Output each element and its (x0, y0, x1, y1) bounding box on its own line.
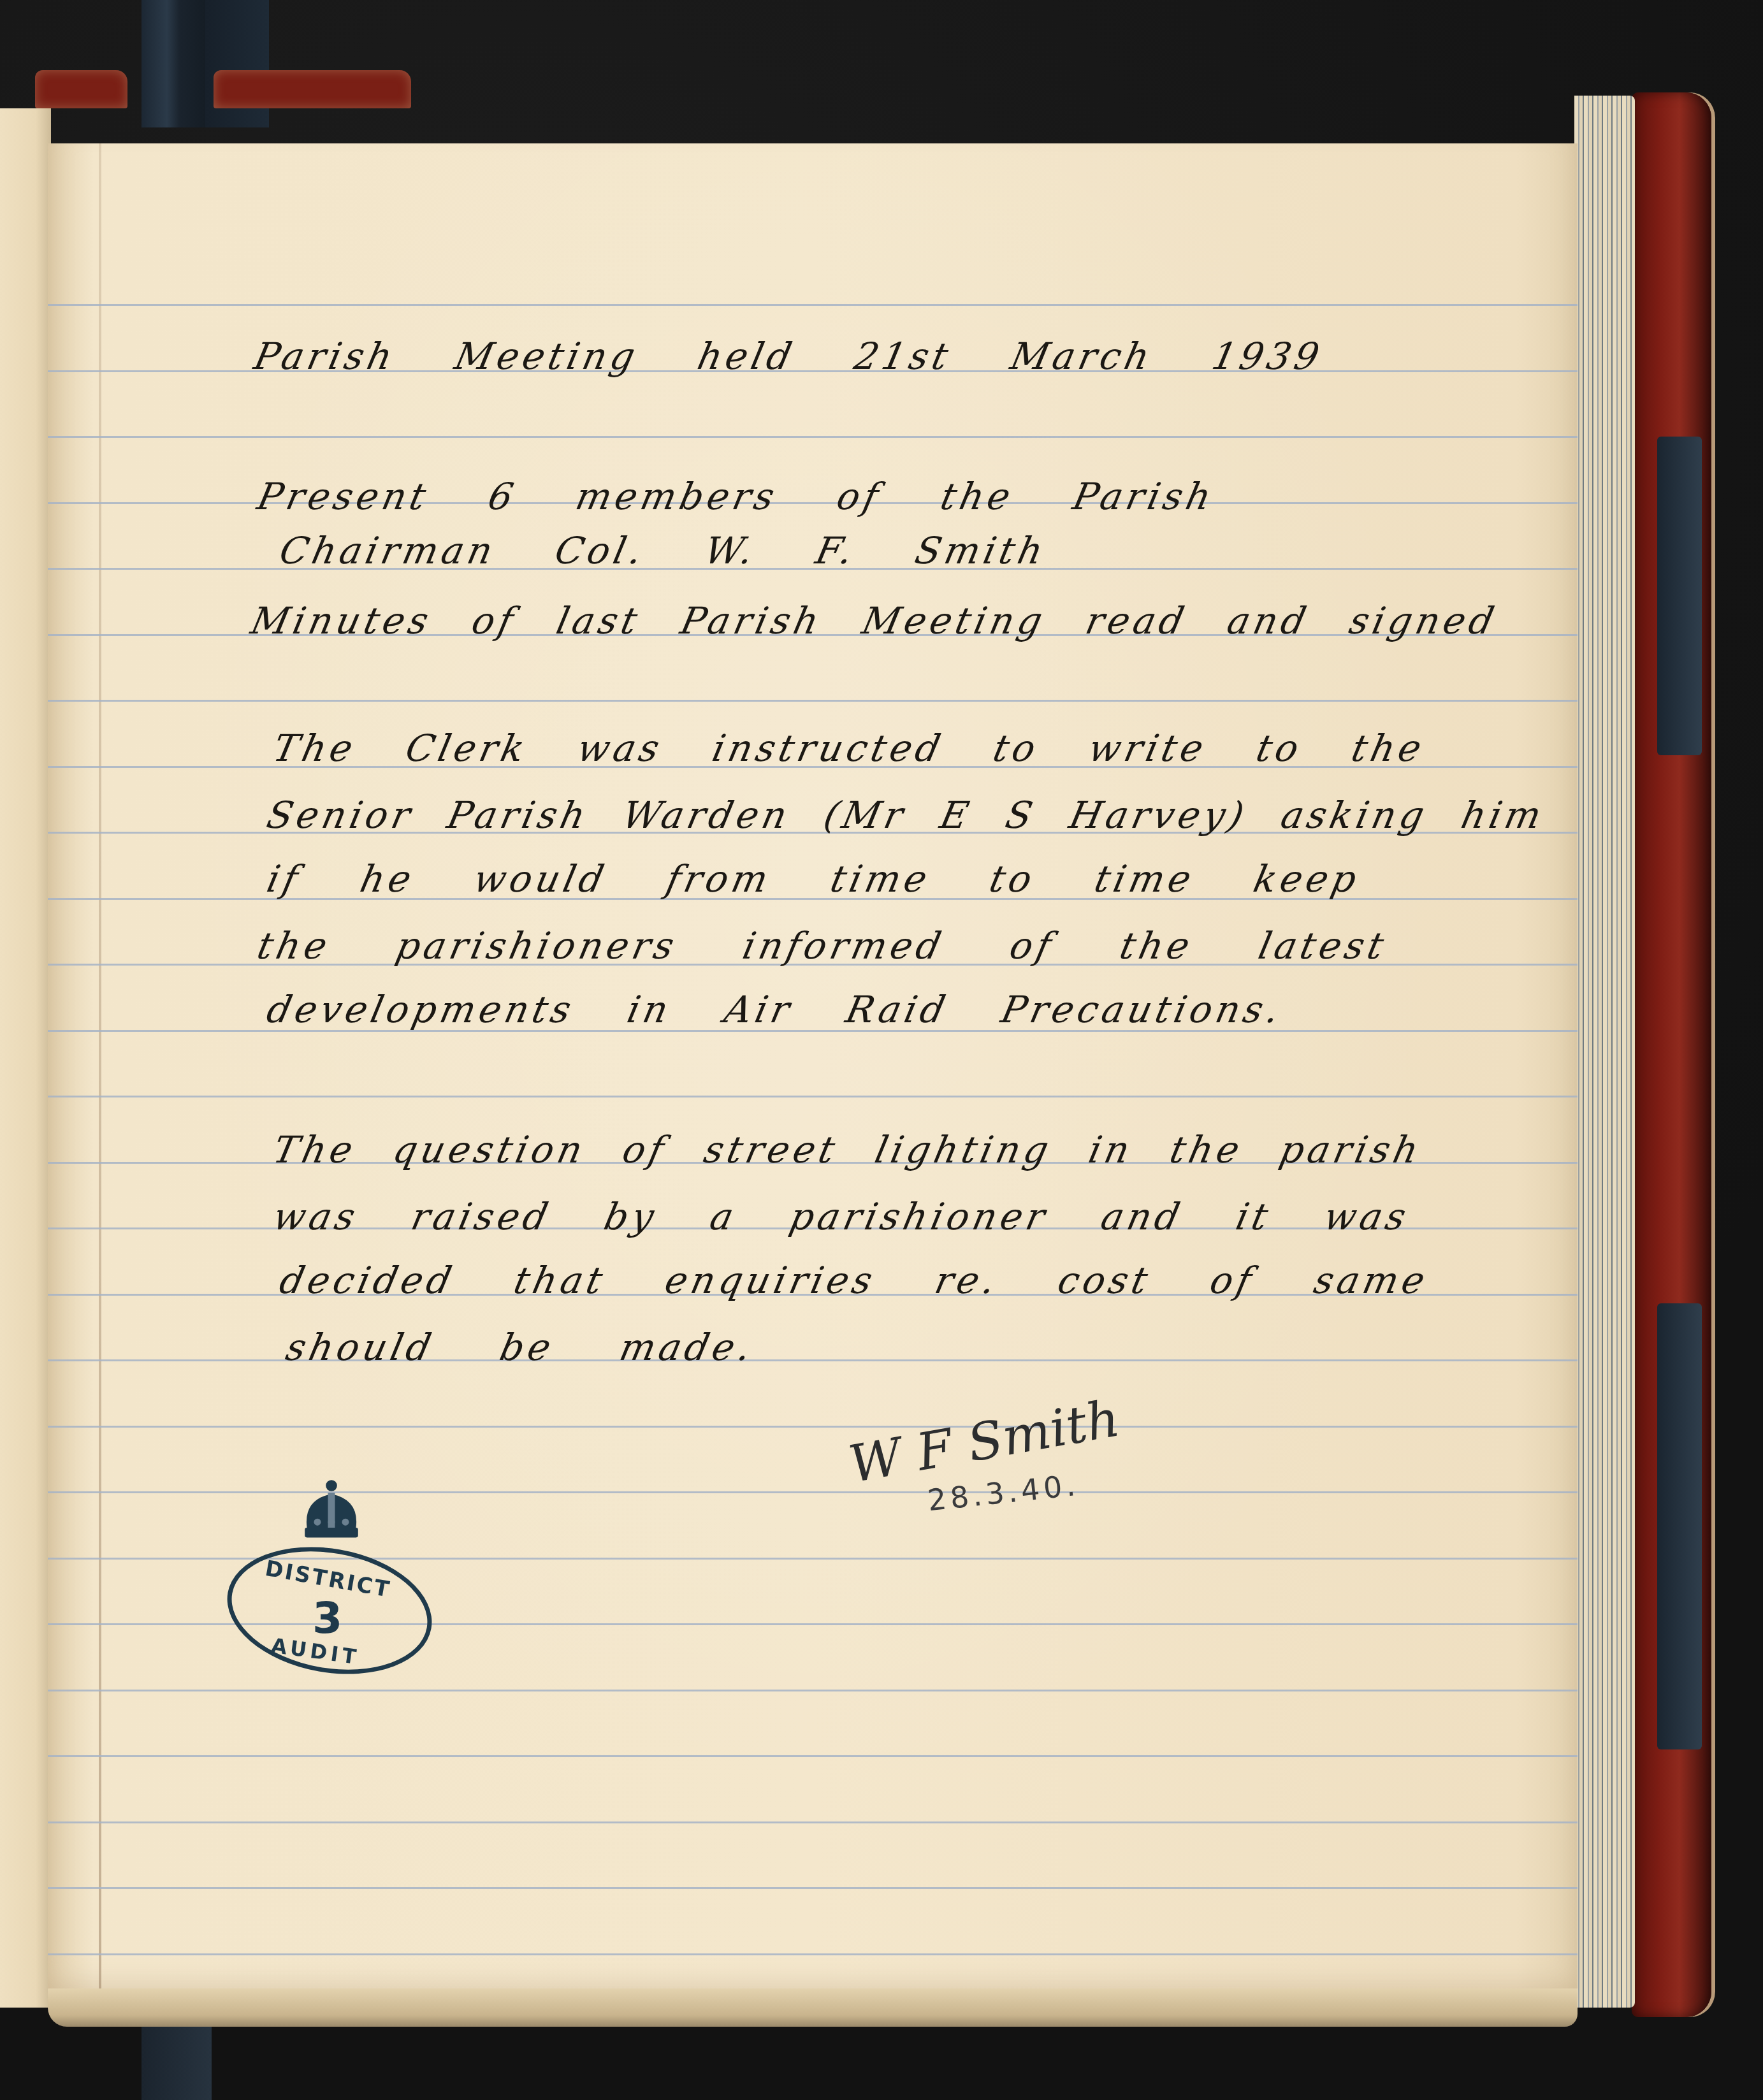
spine-strap (205, 0, 269, 127)
spine-strap (141, 0, 205, 127)
minutes-line: decided that enquiries re. cost of same (276, 1259, 1433, 1302)
gutter-stitching (99, 143, 101, 2004)
page-bottom-edge (48, 1988, 1578, 2027)
ruled-line (48, 1821, 1578, 1823)
ruled-line (48, 1096, 1578, 1097)
minutes-line: The question of street lighting in the p… (270, 1128, 1426, 1171)
minutes-line: developments in Air Raid Precautions. (263, 988, 1287, 1031)
minutes-line: The Clerk was instructed to write to the (270, 727, 1429, 770)
book-cover-edge (1632, 92, 1711, 2017)
left-page (0, 108, 51, 2008)
ruled-line (48, 1426, 1578, 1428)
ruled-line (48, 304, 1578, 306)
ruled-line (48, 700, 1578, 702)
ruled-line (48, 436, 1578, 438)
frayed-binding (214, 70, 411, 108)
ruled-line (48, 1359, 1578, 1361)
ruled-line (48, 1755, 1578, 1757)
cover-patch (1657, 437, 1702, 755)
minutes-line: the parishioners informed of the latest (254, 924, 1391, 967)
crown-icon (296, 1479, 366, 1549)
ruled-line (48, 1953, 1578, 1955)
minutes-heading: Parish Meeting held 21st March 1939 (250, 335, 1327, 378)
frayed-binding (35, 70, 127, 108)
minutes-line: Minutes of last Parish Meeting read and … (247, 599, 1502, 642)
minutes-line: Senior Parish Warden (Mr E S Harvey) ask… (263, 793, 1549, 837)
minutes-line: was raised by a parishioner and it was (270, 1195, 1414, 1238)
ruled-line (48, 1887, 1578, 1889)
spine-strap (141, 2020, 212, 2100)
minutes-line: should be made. (282, 1326, 758, 1369)
stamp-number: 3 (312, 1593, 342, 1644)
district-audit-stamp: DISTRICT 3 AUDIT (226, 1479, 430, 1676)
cover-patch (1657, 1303, 1702, 1749)
ruled-line (48, 1690, 1578, 1691)
minutes-line: Chairman Col. W. F. Smith (276, 529, 1051, 572)
minutes-line: if he would from time to time keep (263, 857, 1364, 901)
minutes-line: Present 6 members of the Parish (254, 475, 1219, 518)
page-edges (1574, 96, 1635, 2008)
ledger-page: Parish Meeting held 21st March 1939 Pres… (48, 143, 1578, 2004)
